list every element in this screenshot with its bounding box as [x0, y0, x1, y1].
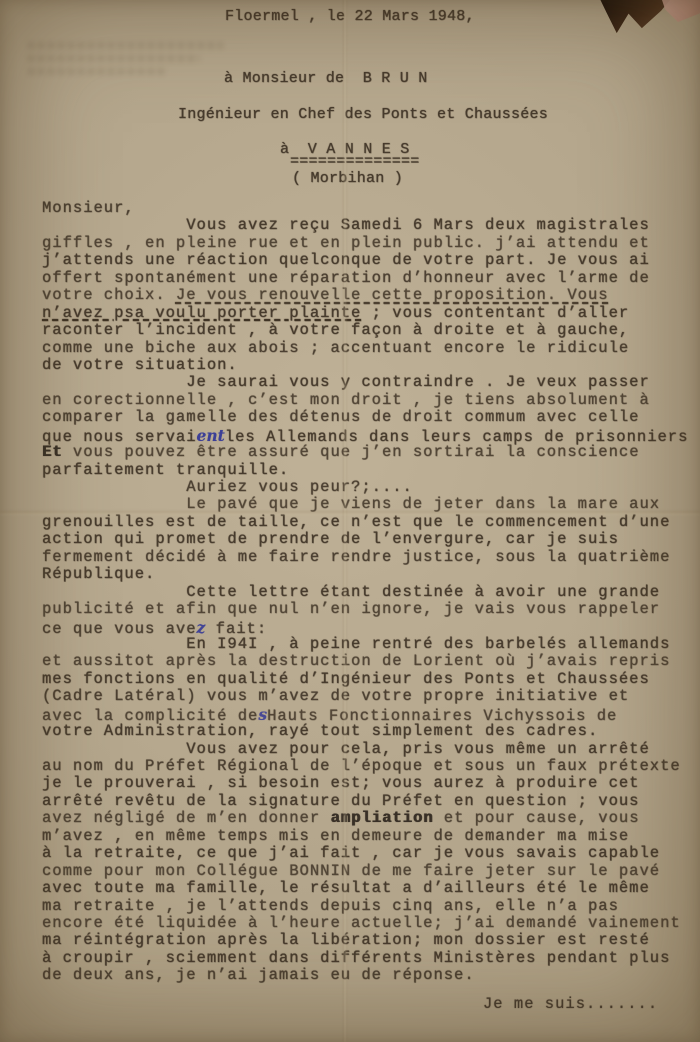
torn-corner	[596, 0, 670, 36]
tape-remnant	[662, 0, 700, 22]
text-segment: m’avez , en même temps mis en demeure de…	[42, 827, 629, 845]
text-segment: Monsieur,	[42, 199, 135, 217]
letter-line: j’attends une réaction quelconque de vot…	[42, 252, 698, 269]
text-segment: n’avez psa voulu porter plainte	[42, 304, 361, 322]
letter-line: En I94I , à peine rentré des barbelés al…	[42, 636, 698, 653]
letter-line: à croupir , sciemment dans différents Mi…	[42, 950, 698, 967]
text-segment: fermement décidé à me faire rendre justi…	[42, 548, 670, 566]
letter-line: Monsieur,	[42, 200, 698, 217]
letter-line: votre choix. Je vous renouvelle cette pr…	[42, 287, 698, 304]
text-segment: Je vous renouvelle cette proposition. Vo…	[176, 286, 609, 304]
text-segment: arrêté revêtu de la signature du Préfet …	[42, 792, 640, 810]
letter-line: comme une biche aux abois ; accentuant e…	[42, 340, 698, 357]
closing-line: Je me suis.......	[483, 995, 658, 1013]
letter-line: ma retraite , je l’attends depuis cinq a…	[42, 898, 698, 915]
text-segment: encore été liquidée à l’heure actuelle; …	[42, 914, 681, 932]
letter-line: au nom du Préfet Régional de l’époque et…	[42, 758, 698, 775]
letter-line: comme pour mon Collégue BONNIN de me fai…	[42, 863, 698, 880]
letter-line: ma réintégration après la libération; mo…	[42, 932, 698, 949]
text-segment: et pour cause, vous	[433, 809, 639, 827]
letter-line: que nous servaientles Allemands dans leu…	[42, 427, 698, 444]
text-segment: vous pouvez être assuré que j’en sortira…	[63, 443, 640, 461]
letter-line: avec toute ma famille, le résultat a d’a…	[42, 880, 698, 897]
letter-line: m’avez , en même temps mis en demeure de…	[42, 828, 698, 845]
text-segment: comme pour mon Collégue BONNIN de me fai…	[42, 862, 660, 880]
vertical-fold-crease	[343, 0, 347, 1042]
letter-line: Et vous pouvez être assuré que j’en sort…	[42, 444, 698, 461]
text-segment: comme une biche aux abois ; accentuant e…	[42, 339, 629, 357]
letter-body: Monsieur, Vous avez reçu Samedi 6 Mars d…	[42, 200, 698, 985]
text-segment: je le prouverai , si besoin est; vous au…	[42, 774, 640, 792]
letter-page: Floermel , le 22 Mars 1948, à Monsieur d…	[0, 0, 700, 1042]
letter-line: arrêté revêtu de la signature du Préfet …	[42, 793, 698, 810]
letter-line: raconter l’incident , à votre façon à dr…	[42, 322, 698, 339]
handwritten-correction: s	[258, 705, 267, 724]
text-segment: ma retraite , je l’attends depuis cinq a…	[42, 897, 619, 915]
letter-line: République.	[42, 566, 698, 583]
letter-line: Vous avez pour cela, pris vous même un a…	[42, 741, 698, 758]
letter-line: Vous avez reçu Samedi 6 Mars deux magist…	[42, 217, 698, 234]
text-segment: Auriez vous peur?;....	[42, 478, 413, 496]
text-segment: avez négligé de m’en donner	[42, 809, 330, 827]
letter-line: fermement décidé à me faire rendre justi…	[42, 549, 698, 566]
text-segment: à la retraite, ce que j’ai fait , car je…	[42, 844, 660, 862]
letter-line: Je saurai vous y contraindre . Je veux p…	[42, 374, 698, 391]
letter-line: giffles , en pleine rue et en plein publ…	[42, 235, 698, 252]
text-segment: ; vous contentant d’aller	[361, 304, 629, 322]
letter-line: comparer la gamelle des détenus de droit…	[42, 409, 698, 426]
text-segment: action qui promet de prendre de l’enverg…	[42, 530, 619, 548]
letter-line: avez négligé de m’en donner ampliation e…	[42, 810, 698, 827]
addressee-title-line: Ingénieur en Chef des Ponts et Chaussées	[178, 106, 548, 123]
letter-line: publicité et afin que nul n’en ignore, j…	[42, 601, 698, 618]
city-separator: ==============	[290, 153, 420, 170]
horizontal-fold-crease	[0, 511, 700, 515]
text-segment: (Cadre Latéral) vous m’avez de votre pro…	[42, 687, 629, 705]
text-segment: avec la complicité de	[42, 707, 258, 725]
letter-line: n’avez psa voulu porter plainte ; vous c…	[42, 305, 698, 322]
text-segment: au nom du Préfet Régional de l’époque et…	[42, 757, 681, 775]
letter-line: de votre situation.	[42, 357, 698, 374]
text-segment: votre choix.	[42, 286, 176, 304]
letter-line: de deux ans, je n’ai jamais eu de répons…	[42, 967, 698, 984]
text-segment: Cette lettre étant destinée à avoir une …	[42, 583, 660, 601]
text-segment: comparer la gamelle des détenus de droit…	[42, 408, 640, 426]
letter-line: Cette lettre étant destinée à avoir une …	[42, 584, 698, 601]
addressee-line: à Monsieur de B R U N	[224, 70, 428, 87]
letter-line: (Cadre Latéral) vous m’avez de votre pro…	[42, 688, 698, 705]
letter-line: votre Administration, rayé tout simpleme…	[42, 723, 698, 740]
text-segment: ce que vous ave	[42, 620, 197, 638]
text-segment: fait:	[205, 620, 267, 638]
letter-line: mes fonctions en qualité d’Ingénieur des…	[42, 671, 698, 688]
text-segment: grenouilles est de taille, ce n’est que …	[42, 513, 670, 531]
handwritten-correction: ent	[197, 426, 225, 445]
letter-line: ce que vous avez fait:	[42, 619, 698, 636]
letter-line: je le prouverai , si besoin est; vous au…	[42, 775, 698, 792]
text-segment: Et	[42, 443, 63, 461]
text-segment: République.	[42, 565, 155, 583]
text-segment: publicité et afin que nul n’en ignore, j…	[42, 600, 660, 618]
place-date-line: Floermel , le 22 Mars 1948,	[225, 8, 475, 25]
letter-line: action qui promet de prendre de l’enverg…	[42, 531, 698, 548]
letter-line: à la retraite, ce que j’ai fait , car je…	[42, 845, 698, 862]
department-line: ( Morbihan )	[292, 170, 403, 187]
text-segment: raconter l’incident , à votre façon à dr…	[42, 321, 629, 339]
letter-line: et aussitot après la destruction de Lori…	[42, 653, 698, 670]
letter-line: parfaitement tranquille.	[42, 462, 698, 479]
text-segment: de deux ans, je n’ai jamais eu de répons…	[42, 966, 475, 984]
bleed-through-ghost-text	[28, 36, 223, 92]
text-segment: Hauts Fonctionnaires Vichyssois de	[267, 707, 617, 725]
letter-line: encore été liquidée à l’heure actuelle; …	[42, 915, 698, 932]
letter-line: Auriez vous peur?;....	[42, 479, 698, 496]
text-segment: de votre situation.	[42, 356, 238, 374]
letter-line: avec la complicité desHauts Fonctionnair…	[42, 706, 698, 723]
text-segment: parfaitement tranquille.	[42, 461, 289, 479]
letter-line: grenouilles est de taille, ce n’est que …	[42, 514, 698, 531]
text-segment: à croupir , sciemment dans différents Mi…	[42, 949, 670, 967]
letter-line: offert spontanément une réparation d’hon…	[42, 270, 698, 287]
letter-line: en corectionnelle , c’est mon droit , je…	[42, 392, 698, 409]
text-segment: et aussitot après la destruction de Lori…	[42, 652, 670, 670]
